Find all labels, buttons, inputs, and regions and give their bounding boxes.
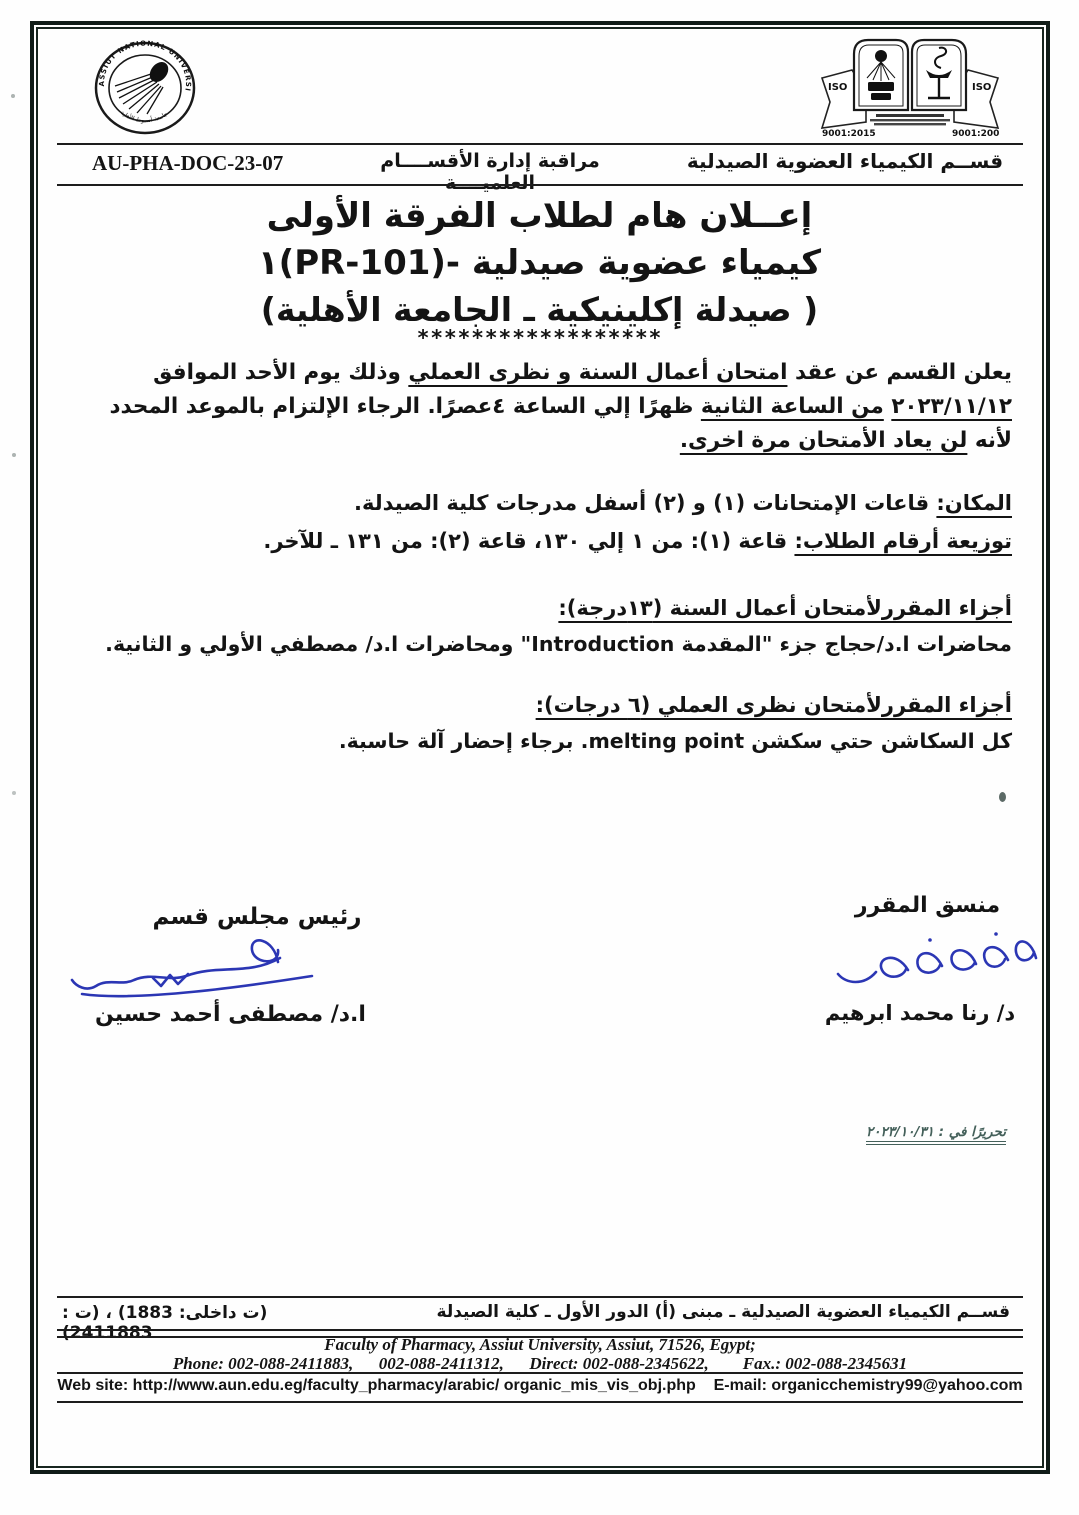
footer-department-address-ar: قســم الكيمياء العضوية الصيدلية ـ مبنى (… bbox=[430, 1302, 1010, 1322]
footer-rule-bottom bbox=[57, 1401, 1023, 1403]
scan-speck bbox=[12, 791, 16, 795]
issued-date: تحريرًا في : ٢٠٢٣/١٠/٣١ bbox=[856, 1124, 1016, 1145]
document-code: AU-PHA-DOC-23-07 bbox=[92, 151, 283, 176]
announcement-title-line2: كيمياء عضوية صيدلية -١(PR-101) bbox=[0, 243, 1079, 283]
department-head-signature bbox=[68, 924, 358, 1010]
footer-rule-mid bbox=[57, 1372, 1023, 1374]
announcement-title-line1: إعــلان هام لطلاب الفرقة الأولى bbox=[0, 196, 1079, 236]
practical-exam-body: كل السكاشن حتي سكشن melting point. برجاء… bbox=[80, 729, 1012, 753]
practical-exam-heading: أجزاء المقررلأمتحان نظرى العملي (٦ درجات… bbox=[80, 693, 1012, 717]
footer-phone-numbers: Phone: 002-088-2411883, 002-088-2411312,… bbox=[57, 1354, 1023, 1374]
svg-text:ISO: ISO bbox=[828, 82, 847, 93]
coursework-exam-heading: أجزاء المقررلأمتحان أعمال السنة (١٣درجة)… bbox=[80, 596, 1012, 620]
svg-text:ISO: ISO bbox=[972, 82, 991, 93]
coordinator-name: د/ رنا محمد ابرهيم bbox=[805, 1001, 1035, 1025]
location-block: المكان: قاعات الإمتحانات (١) و (٢) أسفل … bbox=[80, 484, 1012, 560]
header-department-name: قســم الكيمياء العضوية الصيدلية bbox=[680, 149, 1010, 173]
footer-website-email: Web site: http://www.aun.edu.eg/faculty_… bbox=[57, 1377, 1023, 1395]
assiut-national-university-seal-icon: ASSIUT NATIONAL UNIVERSITY جامعة أسيوط ا… bbox=[93, 40, 197, 136]
department-head-name: ا.د/ مصطفى أحمد حسين bbox=[88, 1002, 373, 1027]
scan-speck bbox=[11, 94, 15, 98]
header-top-rule bbox=[57, 143, 1023, 145]
iso-certification-badge-icon: ISO ISO 9001:2015 9001:2008 bbox=[820, 32, 1000, 144]
coordinator-signature bbox=[828, 916, 1046, 1008]
coordinator-title: منسق المقرر bbox=[840, 893, 1015, 918]
location-line: المكان: قاعات الإمتحانات (١) و (٢) أسفل … bbox=[80, 484, 1012, 522]
svg-text:9001:2008: 9001:2008 bbox=[952, 129, 1000, 139]
footer-rule-top bbox=[57, 1296, 1023, 1298]
scan-speck bbox=[999, 792, 1006, 802]
footer-faculty-address-en: Faculty of Pharmacy, Assiut University, … bbox=[57, 1335, 1023, 1355]
scan-speck bbox=[12, 453, 16, 457]
stars-divider: ****************** bbox=[0, 326, 1079, 350]
announcement-paragraph: يعلن القسم عن عقد امتحان أعمال السنة و ن… bbox=[80, 356, 1012, 458]
seat-distribution-line: توزيعة أرقام الطلاب: قاعة (١): من ١ إلي … bbox=[80, 522, 1012, 560]
header-bottom-rule bbox=[57, 184, 1023, 186]
svg-text:9001:2015: 9001:2015 bbox=[822, 129, 876, 139]
scanned-announcement-page: ASSIUT NATIONAL UNIVERSITY جامعة أسيوط ا… bbox=[0, 0, 1079, 1515]
announcement-title-line3: ( صيدلة إكلينيكية ـ الجامعة الأهلية) bbox=[0, 290, 1079, 329]
header-dept-control-label: مراقبة إدارة الأقســــام العلميــــة bbox=[350, 150, 630, 194]
coursework-exam-body: محاضرات ا.د/حجاج جزء "المقدمة Introducti… bbox=[62, 632, 1012, 656]
